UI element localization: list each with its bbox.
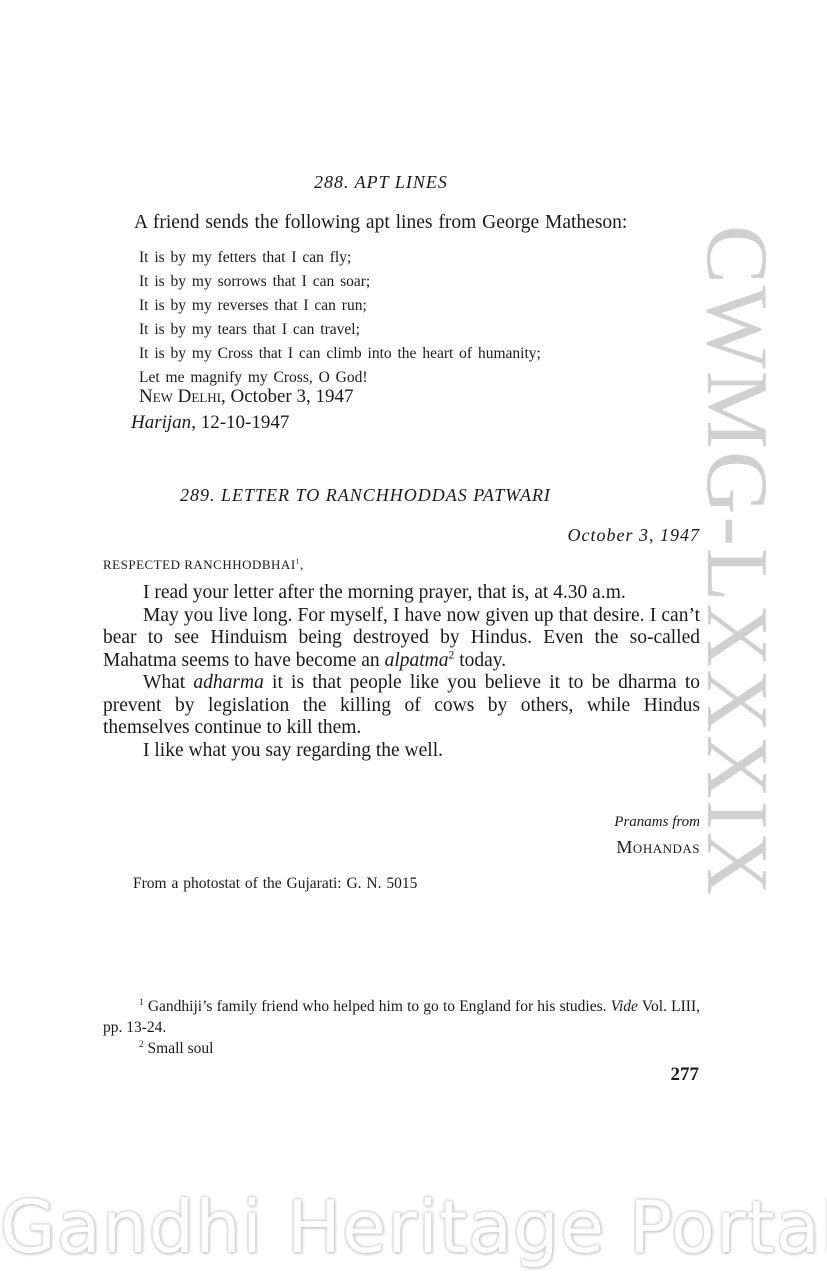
paragraph-text: today. <box>454 650 506 671</box>
source-date: , 12-10-1947 <box>191 412 289 433</box>
letter-closing: Pranams from Mohandas <box>614 814 700 858</box>
letter-date: October 3, 1947 <box>568 525 700 546</box>
section-288-place-date: New Delhi, October 3, 1947 <box>139 386 353 408</box>
letter-paragraph-2: May you live long. For myself, I have no… <box>103 605 700 673</box>
page-number: 277 <box>671 1064 700 1086</box>
matheson-verse: It is by my fetters that I can fly; It i… <box>139 246 541 390</box>
letter-salutation: Respected Ranchhodbhai1, <box>103 557 304 573</box>
source-title: Harijan <box>131 412 191 433</box>
document-page: CWMG-LXXXIX 288. APT LINES A friend send… <box>0 0 827 1272</box>
verse-line: It is by my tears that I can travel; <box>139 318 541 342</box>
cwmg-watermark-text: CWMG-LXXXIX <box>692 225 780 897</box>
footnotes: 1 Gandhiji’s family friend who helped hi… <box>103 996 700 1059</box>
cwmg-volume-watermark: CWMG-LXXXIX <box>700 225 780 1045</box>
footnote-text: Gandhiji’s family friend who helped him … <box>144 998 611 1015</box>
section-288-source: Harijan, 12-10-1947 <box>131 412 289 434</box>
vide: Vide <box>611 998 638 1015</box>
section-289-source: From a photostat of the Gujarati: G. N. … <box>133 875 417 893</box>
verse-line: It is by my reverses that I can run; <box>139 294 541 318</box>
footnote-2: 2 Small soul <box>103 1038 700 1059</box>
closing-phrase: Pranams from <box>614 814 700 831</box>
letter-body: I read your letter after the morning pra… <box>103 582 700 762</box>
verse-line: It is by my Cross that I can climb into … <box>139 342 541 366</box>
date: , October 3, 1947 <box>221 386 353 407</box>
section-288-heading: 288. APT LINES <box>314 172 448 193</box>
verse-line: It is by my sorrows that I can soar; <box>139 270 541 294</box>
portal-watermark: Gandhi Heritage Portal <box>0 1185 827 1269</box>
footnote-text: Small soul <box>144 1040 214 1057</box>
paragraph-text: What <box>143 672 193 693</box>
section-288-intro: A friend sends the following apt lines f… <box>134 212 627 234</box>
verse-line: It is by my fetters that I can fly; <box>139 246 541 270</box>
letter-paragraph-4: I like what you say regarding the well. <box>103 740 700 763</box>
term-adharma: adharma <box>193 672 263 693</box>
term-alpatma: alpatma <box>385 650 449 671</box>
signature: Mohandas <box>614 837 700 858</box>
salutation-text: Respected Ranchhodbhai <box>103 557 296 572</box>
letter-paragraph-3: What adharma it is that people like you … <box>103 672 700 740</box>
footnote-1: 1 Gandhiji’s family friend who helped hi… <box>103 996 700 1038</box>
salutation-comma: , <box>300 557 304 572</box>
section-289-heading: 289. LETTER TO RANCHHODDAS PATWARI <box>180 485 551 506</box>
place: New Delhi <box>139 386 221 407</box>
letter-paragraph-1: I read your letter after the morning pra… <box>103 582 700 605</box>
